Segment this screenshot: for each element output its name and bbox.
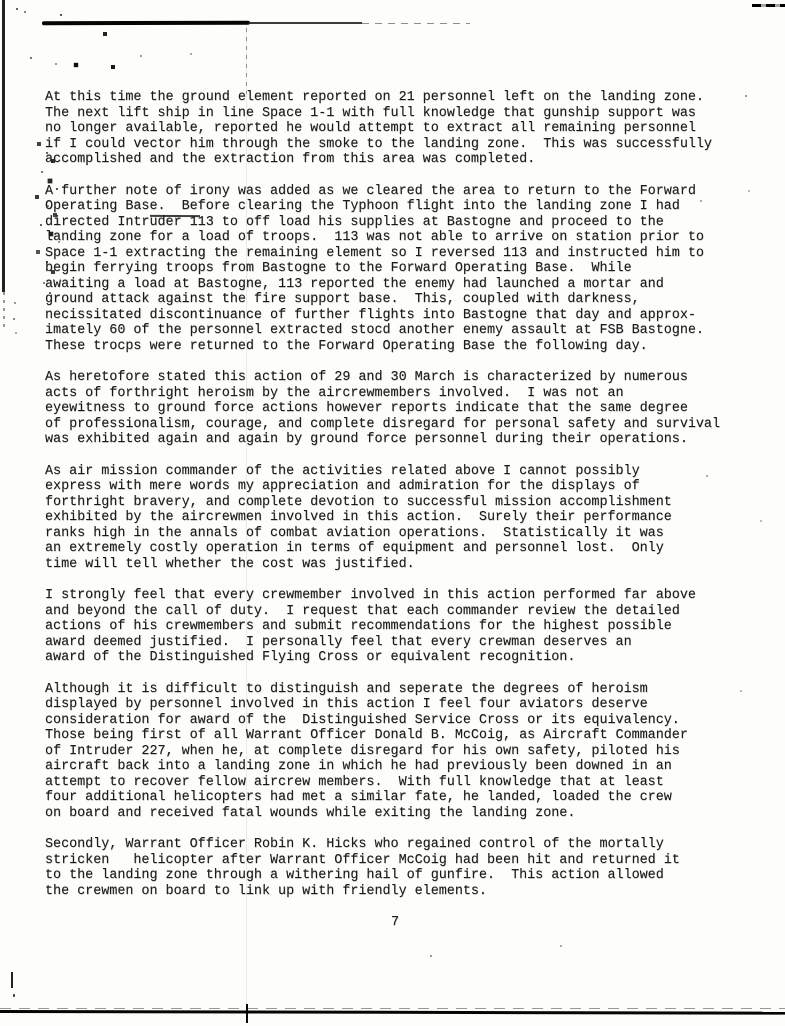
text-line: and beyond the call of duty. I request t… [45, 604, 745, 620]
text-line: As heretofore stated this action of 29 a… [45, 370, 745, 386]
scan-artifact-top-bar-faint [362, 23, 470, 25]
text-line: award deemed justified. I personally fee… [45, 635, 745, 651]
text-line: Secondly, Warrant Officer Robin K. Hicks… [45, 837, 745, 853]
scan-artifact-top-right-dash [752, 4, 785, 7]
text-line: The next lift ship in line Space 1-1 wit… [45, 106, 745, 122]
text-line: These trocps were returned to the Forwar… [45, 339, 745, 355]
text-line: if I could vector him through the smoke … [45, 137, 745, 153]
scan-artifact-bottom-left-tick [11, 972, 13, 988]
text-line: attempt to recover fellow aircrew member… [45, 775, 745, 791]
scan-artifact-speckles [0, 0, 2, 2]
text-line: four additional helicopters had met a si… [45, 790, 745, 806]
text-line: an extremely costly operation in terms o… [45, 541, 745, 557]
text-line: A further note of irony was added as we … [45, 184, 745, 200]
text-line: express with mere words my appreciation … [45, 479, 745, 495]
text-line: acts of forthright heroism by the aircre… [45, 386, 745, 402]
text-line: directed Intruder 113 to off load his su… [45, 215, 745, 231]
text-line: accomplished and the extraction from thi… [45, 152, 745, 168]
text-line: begin ferrying troops from Bastogne to t… [45, 261, 745, 277]
text-line: I strongly feel that every crewmember in… [45, 588, 745, 604]
text-line: forthright bravery, and complete devotio… [45, 495, 745, 511]
scan-artifact-top-bar [42, 21, 250, 26]
text-line: ranks high in the annals of combat aviat… [45, 526, 745, 542]
scan-artifact-left-edge-tail [3, 292, 5, 332]
text-line: Operating Base. Before clearing the Typh… [45, 199, 745, 215]
text-line: eyewitness to ground force actions howev… [45, 401, 745, 417]
text-line: aircraft back into a landing zone in whi… [45, 759, 745, 775]
text-line: necissitated discontinuance of further f… [45, 308, 745, 324]
text-line: of Intruder 227, when he, at complete di… [45, 744, 745, 760]
page-number: 7 [45, 915, 745, 931]
scanned-document-page: At this time the ground element reported… [0, 0, 785, 1026]
scan-artifact-left-edge-line [2, 0, 5, 292]
scan-artifact-fold-bottom-tick [246, 1004, 248, 1023]
text-line: As air mission commander of the activiti… [45, 464, 745, 480]
text-line: on board and received fatal wounds while… [45, 806, 745, 822]
scan-artifact-bottom-bar-fray [0, 1008, 785, 1009]
text-line: no longer available, reported he would a… [45, 121, 745, 137]
text-line: Although it is difficult to distinguish … [45, 682, 745, 698]
text-line: landing zone for a load of troops. 113 w… [45, 230, 745, 246]
scan-artifact-fold-top-dashes [246, 28, 247, 94]
text-line: awaiting a load at Bastogne, 113 reporte… [45, 277, 745, 293]
paragraph: I strongly feel that every crewmember in… [45, 588, 745, 666]
text-line: stricken helicopter after Warrant Office… [45, 853, 745, 869]
text-line: award of the Distinguished Flying Cross … [45, 650, 745, 666]
text-line: to the landing zone through a withering … [45, 868, 745, 884]
text-line: actions of his crewmembers and submit re… [45, 619, 745, 635]
text-line: Those being first of all Warrant Officer… [45, 728, 745, 744]
text-line: Space 1-1 extracting the remaining eleme… [45, 246, 745, 262]
text-line: time will tell whether the cost was just… [45, 557, 745, 573]
text-line: displayed by personnel involved in this … [45, 697, 745, 713]
paragraph: Secondly, Warrant Officer Robin K. Hicks… [45, 837, 745, 899]
paragraph: A further note of irony was added as we … [45, 184, 745, 355]
paragraph: Although it is difficult to distinguish … [45, 682, 745, 822]
text-line: imately 60 of the personnel extracted st… [45, 323, 745, 339]
text-line: consideration for award of the Distingui… [45, 713, 745, 729]
paragraph: As heretofore stated this action of 29 a… [45, 370, 745, 448]
scan-artifact-bottom-bar [0, 1010, 785, 1014]
scan-artifact-bottom-left-dot [13, 994, 15, 997]
paragraph: As air mission commander of the activiti… [45, 464, 745, 573]
text-line: ground attack against the fire support b… [45, 292, 745, 308]
text-line: exhibited by the aircrewmen involved in … [45, 510, 745, 526]
document-body: At this time the ground element reported… [45, 90, 745, 931]
text-line: was exhibited again and again by ground … [45, 432, 745, 448]
text-line: At this time the ground element reported… [45, 90, 745, 106]
text-line: of professionalism, courage, and complet… [45, 417, 745, 433]
paragraph: At this time the ground element reported… [45, 90, 745, 168]
scan-artifact-top-bar-mid [248, 22, 362, 24]
text-line: the crewmen on board to link up with fri… [45, 884, 745, 900]
